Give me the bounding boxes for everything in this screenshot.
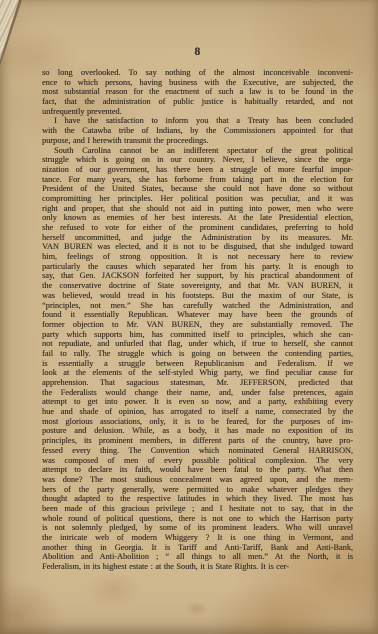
- page-number: 8: [42, 46, 353, 58]
- text-line: fact, that the administration of public …: [42, 97, 353, 107]
- text-line: Abolition and Anti-Abolition ; “ all thi…: [42, 552, 353, 562]
- text-line: another thing in Georgia. It is Tariff a…: [42, 543, 353, 553]
- text-line: say, that Gen. JACKSON forfeited her sup…: [42, 271, 353, 281]
- text-line: former objection to Mr. VAN BUREN, they …: [42, 320, 353, 330]
- text-line: unfrequently prevented.: [42, 107, 353, 117]
- text-line: whole round of political questions, ther…: [42, 514, 353, 524]
- text-line: with the Catawba tribe of Indians, by th…: [42, 126, 353, 136]
- text-line: posture and delusion. While, as a body, …: [42, 426, 353, 436]
- text-line: not repudiate, and unfurled that flag, u…: [42, 339, 353, 349]
- text-line: so long overlooked. To say nothing of th…: [42, 68, 353, 78]
- text-line: fessed every thing. The Convention which…: [42, 446, 353, 456]
- text-line: struggle which is going on in our countr…: [42, 155, 353, 165]
- text-line: South Carolina cannot be an indifferent …: [42, 146, 353, 156]
- body-text: so long overlooked. To say nothing of th…: [42, 68, 353, 572]
- text-line: herself uncommitted, and judge the Admin…: [42, 233, 353, 243]
- text-line: purpose, and I herewith transmit the pro…: [42, 136, 353, 146]
- text-line: hue and shade of opinion, has arrogated …: [42, 407, 353, 417]
- text-line: was composed of men of every possible po…: [42, 456, 353, 466]
- text-line: “principles, not men.” She has carefully…: [42, 301, 353, 311]
- text-line: look at the elements of the self-styled …: [42, 368, 353, 378]
- text-line: Federalism, in its highest estate : at t…: [42, 562, 353, 572]
- text-line: him, feelings of strong opposition. It i…: [42, 252, 353, 262]
- text-line: is not solemnly pledged, by some of its …: [42, 523, 353, 533]
- text-line: attempt to get into power. It is even so…: [42, 397, 353, 407]
- text-line: apprehension. That sagacious statesman, …: [42, 378, 353, 388]
- text-line: most glorious associations, only, it is …: [42, 417, 353, 427]
- page-corner-fold: [0, 0, 19, 60]
- text-line: fail to rally. The struggle which is goi…: [42, 349, 353, 359]
- text-line: was believed, would tread in his footste…: [42, 291, 353, 301]
- text-line: only known as enemies of her best intere…: [42, 213, 353, 223]
- text-line: thought adapted to the respective latitu…: [42, 494, 353, 504]
- text-line: VAN BUREN was elected, and it is not to …: [42, 242, 353, 252]
- text-line: the intricate web of modern Whiggery ? I…: [42, 533, 353, 543]
- text-line: ence to which persons, having business w…: [42, 78, 353, 88]
- text-line: most substantial reason for the enactmen…: [42, 87, 353, 97]
- text-line: bers of the party generally, were permit…: [42, 485, 353, 495]
- text-line: party which supports him, has committed …: [42, 330, 353, 340]
- text-line: particularly the causes which separated …: [42, 262, 353, 272]
- text-line: I have the satisfaction to inform you th…: [42, 116, 353, 126]
- text-line: President of the United States, because …: [42, 184, 353, 194]
- text-line: attempt to declare its faith, would have…: [42, 465, 353, 475]
- text-line: the conservative doctrine of State sover…: [42, 281, 353, 291]
- text-line: principles, its prominent members, in di…: [42, 436, 353, 446]
- text-line: she refused to vote for either of the pr…: [42, 223, 353, 233]
- text-line: the Federalists would change their name,…: [42, 388, 353, 398]
- text-line: right and proper, that she should not ai…: [42, 204, 353, 214]
- text-line: compromitting her principles. Her politi…: [42, 194, 353, 204]
- text-line: tance. For many years, she has forborne …: [42, 175, 353, 185]
- text-line: was done? The most studious concealment …: [42, 475, 353, 485]
- text-line: nization of our government, has there be…: [42, 165, 353, 175]
- text-line: is essentially a struggle between Republ…: [42, 359, 353, 369]
- scanned-document-page: 8 so long overlooked. To say nothing of …: [0, 0, 378, 634]
- text-line: found it essentially Republican. Whateve…: [42, 310, 353, 320]
- text-line: been made of this gracious privilege ; a…: [42, 504, 353, 514]
